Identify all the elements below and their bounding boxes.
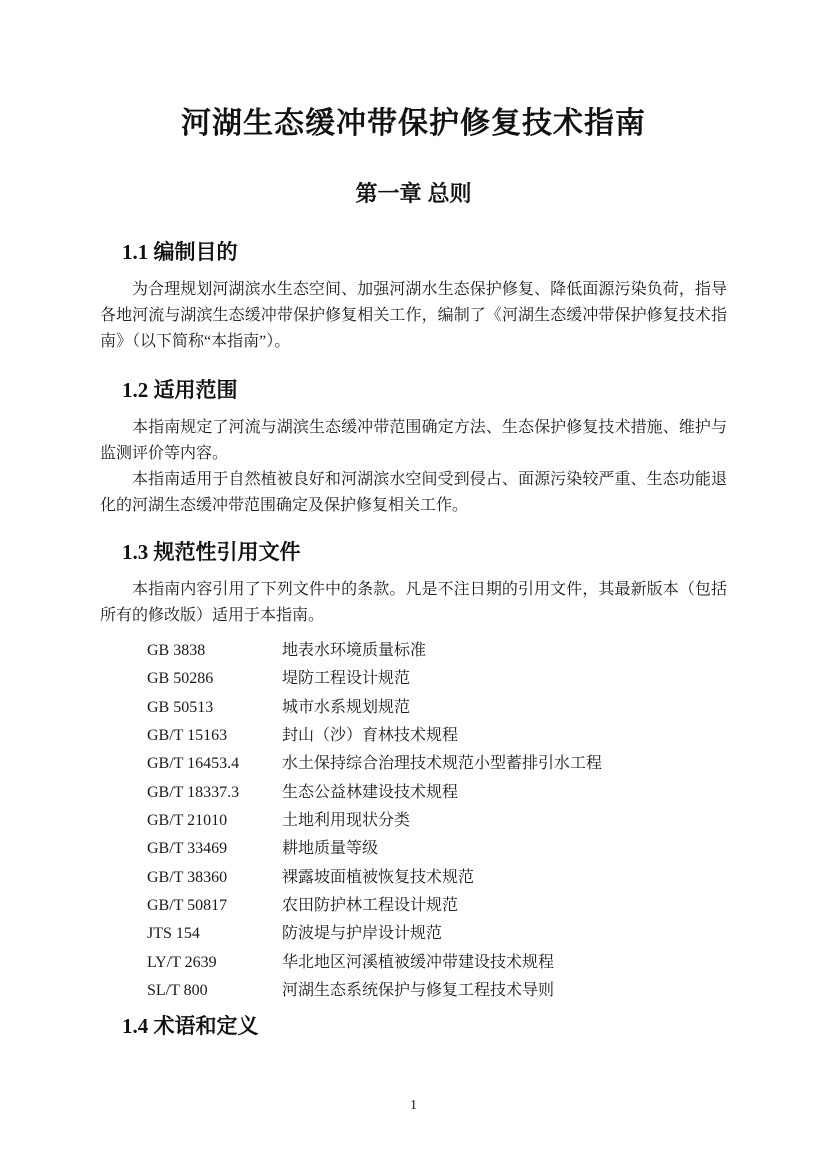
section-heading-1-2: 1.2 适用范围 xyxy=(122,375,727,405)
reference-row: GB/T 50817 农田防护林工程设计规范 xyxy=(147,892,727,920)
reference-code: GB/T 38360 xyxy=(147,864,282,892)
reference-code: GB/T 15163 xyxy=(147,722,282,750)
reference-code: GB/T 21010 xyxy=(147,807,282,835)
references-list: GB 3838 地表水环境质量标准 GB 50286 堤防工程设计规范 GB 5… xyxy=(147,637,727,1005)
reference-row: LY/T 2639 华北地区河溪植被缓冲带建设技术规程 xyxy=(147,949,727,977)
reference-row: GB/T 15163 封山（沙）育林技术规程 xyxy=(147,722,727,750)
chapter-heading: 第一章 总则 xyxy=(100,179,727,209)
paragraph: 本指南内容引用了下列文件中的条款。凡是不注日期的引用文件，其最新版本（包括所有的… xyxy=(100,577,727,629)
reference-title: 城市水系规划规范 xyxy=(282,694,727,722)
paragraph: 本指南适用于自然植被良好和河湖滨水空间受到侵占、面源污染较严重、生态功能退化的河… xyxy=(100,467,727,519)
section-1-2: 1.2 适用范围 本指南规定了河流与湖滨生态缓冲带范围确定方法、生态保护修复技术… xyxy=(100,375,727,519)
reference-row: GB 50286 堤防工程设计规范 xyxy=(147,665,727,693)
reference-title: 裸露坡面植被恢复技术规范 xyxy=(282,864,727,892)
paragraph: 为合理规划河湖滨水生态空间、加强河湖水生态保护修复、降低面源污染负荷，指导各地河… xyxy=(100,277,727,355)
reference-title: 堤防工程设计规范 xyxy=(282,665,727,693)
reference-row: SL/T 800 河湖生态系统保护与修复工程技术导则 xyxy=(147,977,727,1005)
reference-title: 防波堤与护岸设计规范 xyxy=(282,920,727,948)
reference-row: GB/T 18337.3 生态公益林建设技术规程 xyxy=(147,779,727,807)
section-1-4: 1.4 术语和定义 xyxy=(100,1011,727,1041)
reference-title: 地表水环境质量标准 xyxy=(282,637,727,665)
paragraph: 本指南规定了河流与湖滨生态缓冲带范围确定方法、生态保护修复技术措施、维护与监测评… xyxy=(100,415,727,467)
reference-title: 华北地区河溪植被缓冲带建设技术规程 xyxy=(282,949,727,977)
reference-row: GB 50513 城市水系规划规范 xyxy=(147,694,727,722)
section-heading-1-3: 1.3 规范性引用文件 xyxy=(122,537,727,567)
page-number: 1 xyxy=(0,1096,827,1116)
reference-code: GB 50513 xyxy=(147,694,282,722)
reference-code: GB/T 33469 xyxy=(147,835,282,863)
document-title: 河湖生态缓冲带保护修复技术指南 xyxy=(100,103,727,145)
reference-row: GB/T 16453.4 水土保持综合治理技术规范小型蓄排引水工程 xyxy=(147,750,727,778)
reference-code: GB/T 18337.3 xyxy=(147,779,282,807)
reference-code: SL/T 800 xyxy=(147,977,282,1005)
reference-title: 土地利用现状分类 xyxy=(282,807,727,835)
reference-code: GB 50286 xyxy=(147,665,282,693)
reference-title: 生态公益林建设技术规程 xyxy=(282,779,727,807)
reference-code: LY/T 2639 xyxy=(147,949,282,977)
reference-title: 河湖生态系统保护与修复工程技术导则 xyxy=(282,977,727,1005)
reference-row: GB/T 21010 土地利用现状分类 xyxy=(147,807,727,835)
section-1-3: 1.3 规范性引用文件 本指南内容引用了下列文件中的条款。凡是不注日期的引用文件… xyxy=(100,537,727,1005)
reference-code: GB/T 50817 xyxy=(147,892,282,920)
section-heading-1-4: 1.4 术语和定义 xyxy=(122,1011,727,1041)
section-heading-1-1: 1.1 编制目的 xyxy=(122,237,727,267)
reference-title: 耕地质量等级 xyxy=(282,835,727,863)
reference-row: GB/T 33469 耕地质量等级 xyxy=(147,835,727,863)
reference-title: 农田防护林工程设计规范 xyxy=(282,892,727,920)
section-1-1: 1.1 编制目的 为合理规划河湖滨水生态空间、加强河湖水生态保护修复、降低面源污… xyxy=(100,237,727,355)
reference-code: GB 3838 xyxy=(147,637,282,665)
reference-title: 封山（沙）育林技术规程 xyxy=(282,722,727,750)
reference-row: GB/T 38360 裸露坡面植被恢复技术规范 xyxy=(147,864,727,892)
reference-code: GB/T 16453.4 xyxy=(147,750,282,778)
reference-code: JTS 154 xyxy=(147,920,282,948)
reference-title: 水土保持综合治理技术规范小型蓄排引水工程 xyxy=(282,750,727,778)
document-page: 河湖生态缓冲带保护修复技术指南 第一章 总则 1.1 编制目的 为合理规划河湖滨… xyxy=(0,0,827,1169)
reference-row: JTS 154 防波堤与护岸设计规范 xyxy=(147,920,727,948)
reference-row: GB 3838 地表水环境质量标准 xyxy=(147,637,727,665)
